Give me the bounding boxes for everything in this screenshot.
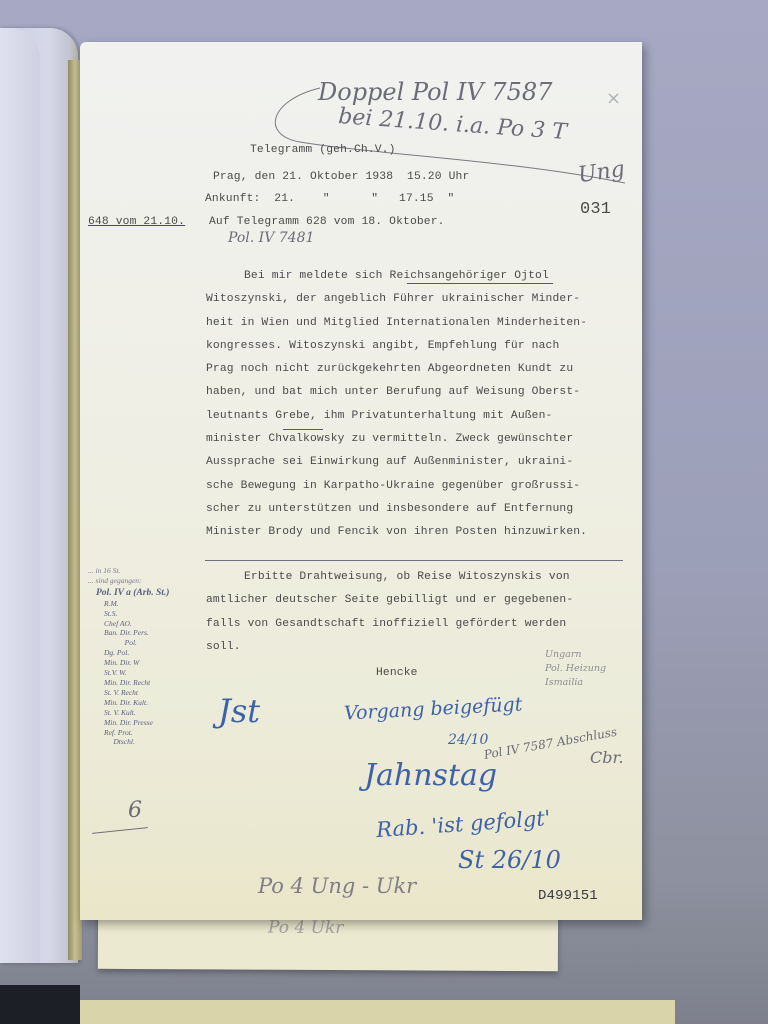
underline-last-line (205, 560, 623, 561)
distribution-item: Dtschl. (104, 737, 208, 747)
handwritten-doppel-ref: Doppel Pol IV 7587 (318, 78, 552, 106)
body-line: scher zu unterstützen und insbesondere a… (206, 498, 587, 521)
distribution-item: Pol. IV a (Arb. St.) (96, 589, 208, 599)
document-stamp-number: D499151 (538, 888, 598, 904)
body-line: kongresses. Witoszynski angibt, Empfehlu… (206, 335, 587, 358)
body-line: Erbitte Drahtweisung, ob Reise Witoszyns… (206, 566, 573, 589)
handwritten-pol-ref: Pol. IV 7481 (228, 230, 314, 246)
table-shadow (0, 985, 80, 1024)
body-paragraph-2: Erbitte Drahtweisung, ob Reise Witoszyns… (206, 566, 573, 659)
distribution-item: Ban. Dir. Pers. (104, 628, 208, 638)
distribution-header: ... sind gegangen: (88, 576, 208, 586)
telegram-title: Telegramm (geh.Ch.V.) (250, 144, 396, 156)
pencil-margin-note: Ungarn Pol. Heizung Ismailia (545, 648, 606, 690)
body-line: sche Bewegung in Karpatho-Ukraine gegenü… (206, 475, 587, 498)
underline-reichsangehoeriger (407, 283, 553, 284)
body-line: Minister Brody und Fencik von ihren Post… (206, 521, 587, 544)
body-line: soll. (206, 636, 573, 659)
body-line: heit in Wien und Mitglied Internationale… (206, 312, 587, 335)
pencil-note-line: Pol. Heizung (545, 662, 606, 676)
blue-signature: Jahnstag (364, 758, 497, 793)
body-line: Bei mir meldete sich Reichsangehöriger O… (206, 265, 587, 288)
blue-date-1: 24/10 (448, 732, 488, 748)
body-line: minister Chvalkowsky zu vermitteln. Zwec… (206, 428, 587, 451)
pencil-initials: Cbr. (590, 748, 623, 767)
body-line: amtlicher deutscher Seite gebilligt und … (206, 589, 573, 612)
body-line: Aussprache sei Einwirkung auf Außenminis… (206, 451, 587, 474)
distribution-item: Min. Dir. W (104, 658, 208, 668)
arrival-line: Ankunft: 21. " " 17.15 " (205, 193, 454, 205)
distribution-item: St. V. Kult. (104, 708, 208, 718)
body-line: haben, und bat mich unter Berufung auf W… (206, 381, 587, 404)
distribution-item: R.M. (104, 599, 208, 609)
bottom-page-edge (75, 1000, 675, 1024)
pencil-x-mark: × (606, 88, 621, 109)
margin-number: 6 (128, 798, 142, 823)
pencil-bottom-note: Po 4 Ung - Ukr (258, 874, 416, 898)
distribution-item: St. V. Recht (104, 688, 208, 698)
distribution-item: Min. Dir. Presse (104, 718, 208, 728)
page-number: 031 (580, 200, 611, 219)
distribution-item: Chef AO. (104, 619, 208, 629)
distribution-header: ... in 16 St. (88, 566, 208, 576)
distribution-item: Dg. Pol. (104, 648, 208, 658)
underline-grebe (283, 429, 323, 430)
body-paragraph-1: Bei mir meldete sich Reichsangehöriger O… (206, 265, 587, 545)
body-line: leutnants Grebe, ihm Privatunterhaltung … (206, 405, 587, 428)
distribution-item: Min. Dir. Kult. (104, 698, 208, 708)
distribution-item: Ref. Prot. (104, 728, 208, 738)
body-line: Witoszynski, der angeblich Führer ukrain… (206, 288, 587, 311)
pencil-note-line: Ungarn (545, 648, 606, 662)
distribution-item: St.V. W. (104, 668, 208, 678)
distribution-item: Pol. (104, 638, 208, 648)
body-line: falls von Gesandtschaft inoffiziell gefö… (206, 613, 573, 636)
reference-line: Auf Telegramm 628 vom 18. Oktober. (209, 216, 445, 228)
blue-initials: Jst (218, 692, 260, 730)
place-date-line: Prag, den 21. Oktober 1938 15.20 Uhr (213, 171, 469, 183)
distribution-list: ... in 16 St. ... sind gegangen: Pol. IV… (88, 566, 208, 747)
distribution-item: Min. Dir. Recht (104, 678, 208, 688)
body-line: Prag noch nicht zurückgekehrten Abgeordn… (206, 358, 587, 381)
blue-date-2: St 26/10 (458, 846, 561, 874)
under-page-note: Po 4 Ukr (268, 918, 343, 938)
telegram-ref-number: 648 vom 21.10. (88, 216, 185, 228)
pencil-note-line: Ismailia (545, 676, 606, 690)
left-page-curl (0, 28, 40, 963)
distribution-item: St.S. (104, 609, 208, 619)
signature-typed: Hencke (376, 667, 418, 679)
